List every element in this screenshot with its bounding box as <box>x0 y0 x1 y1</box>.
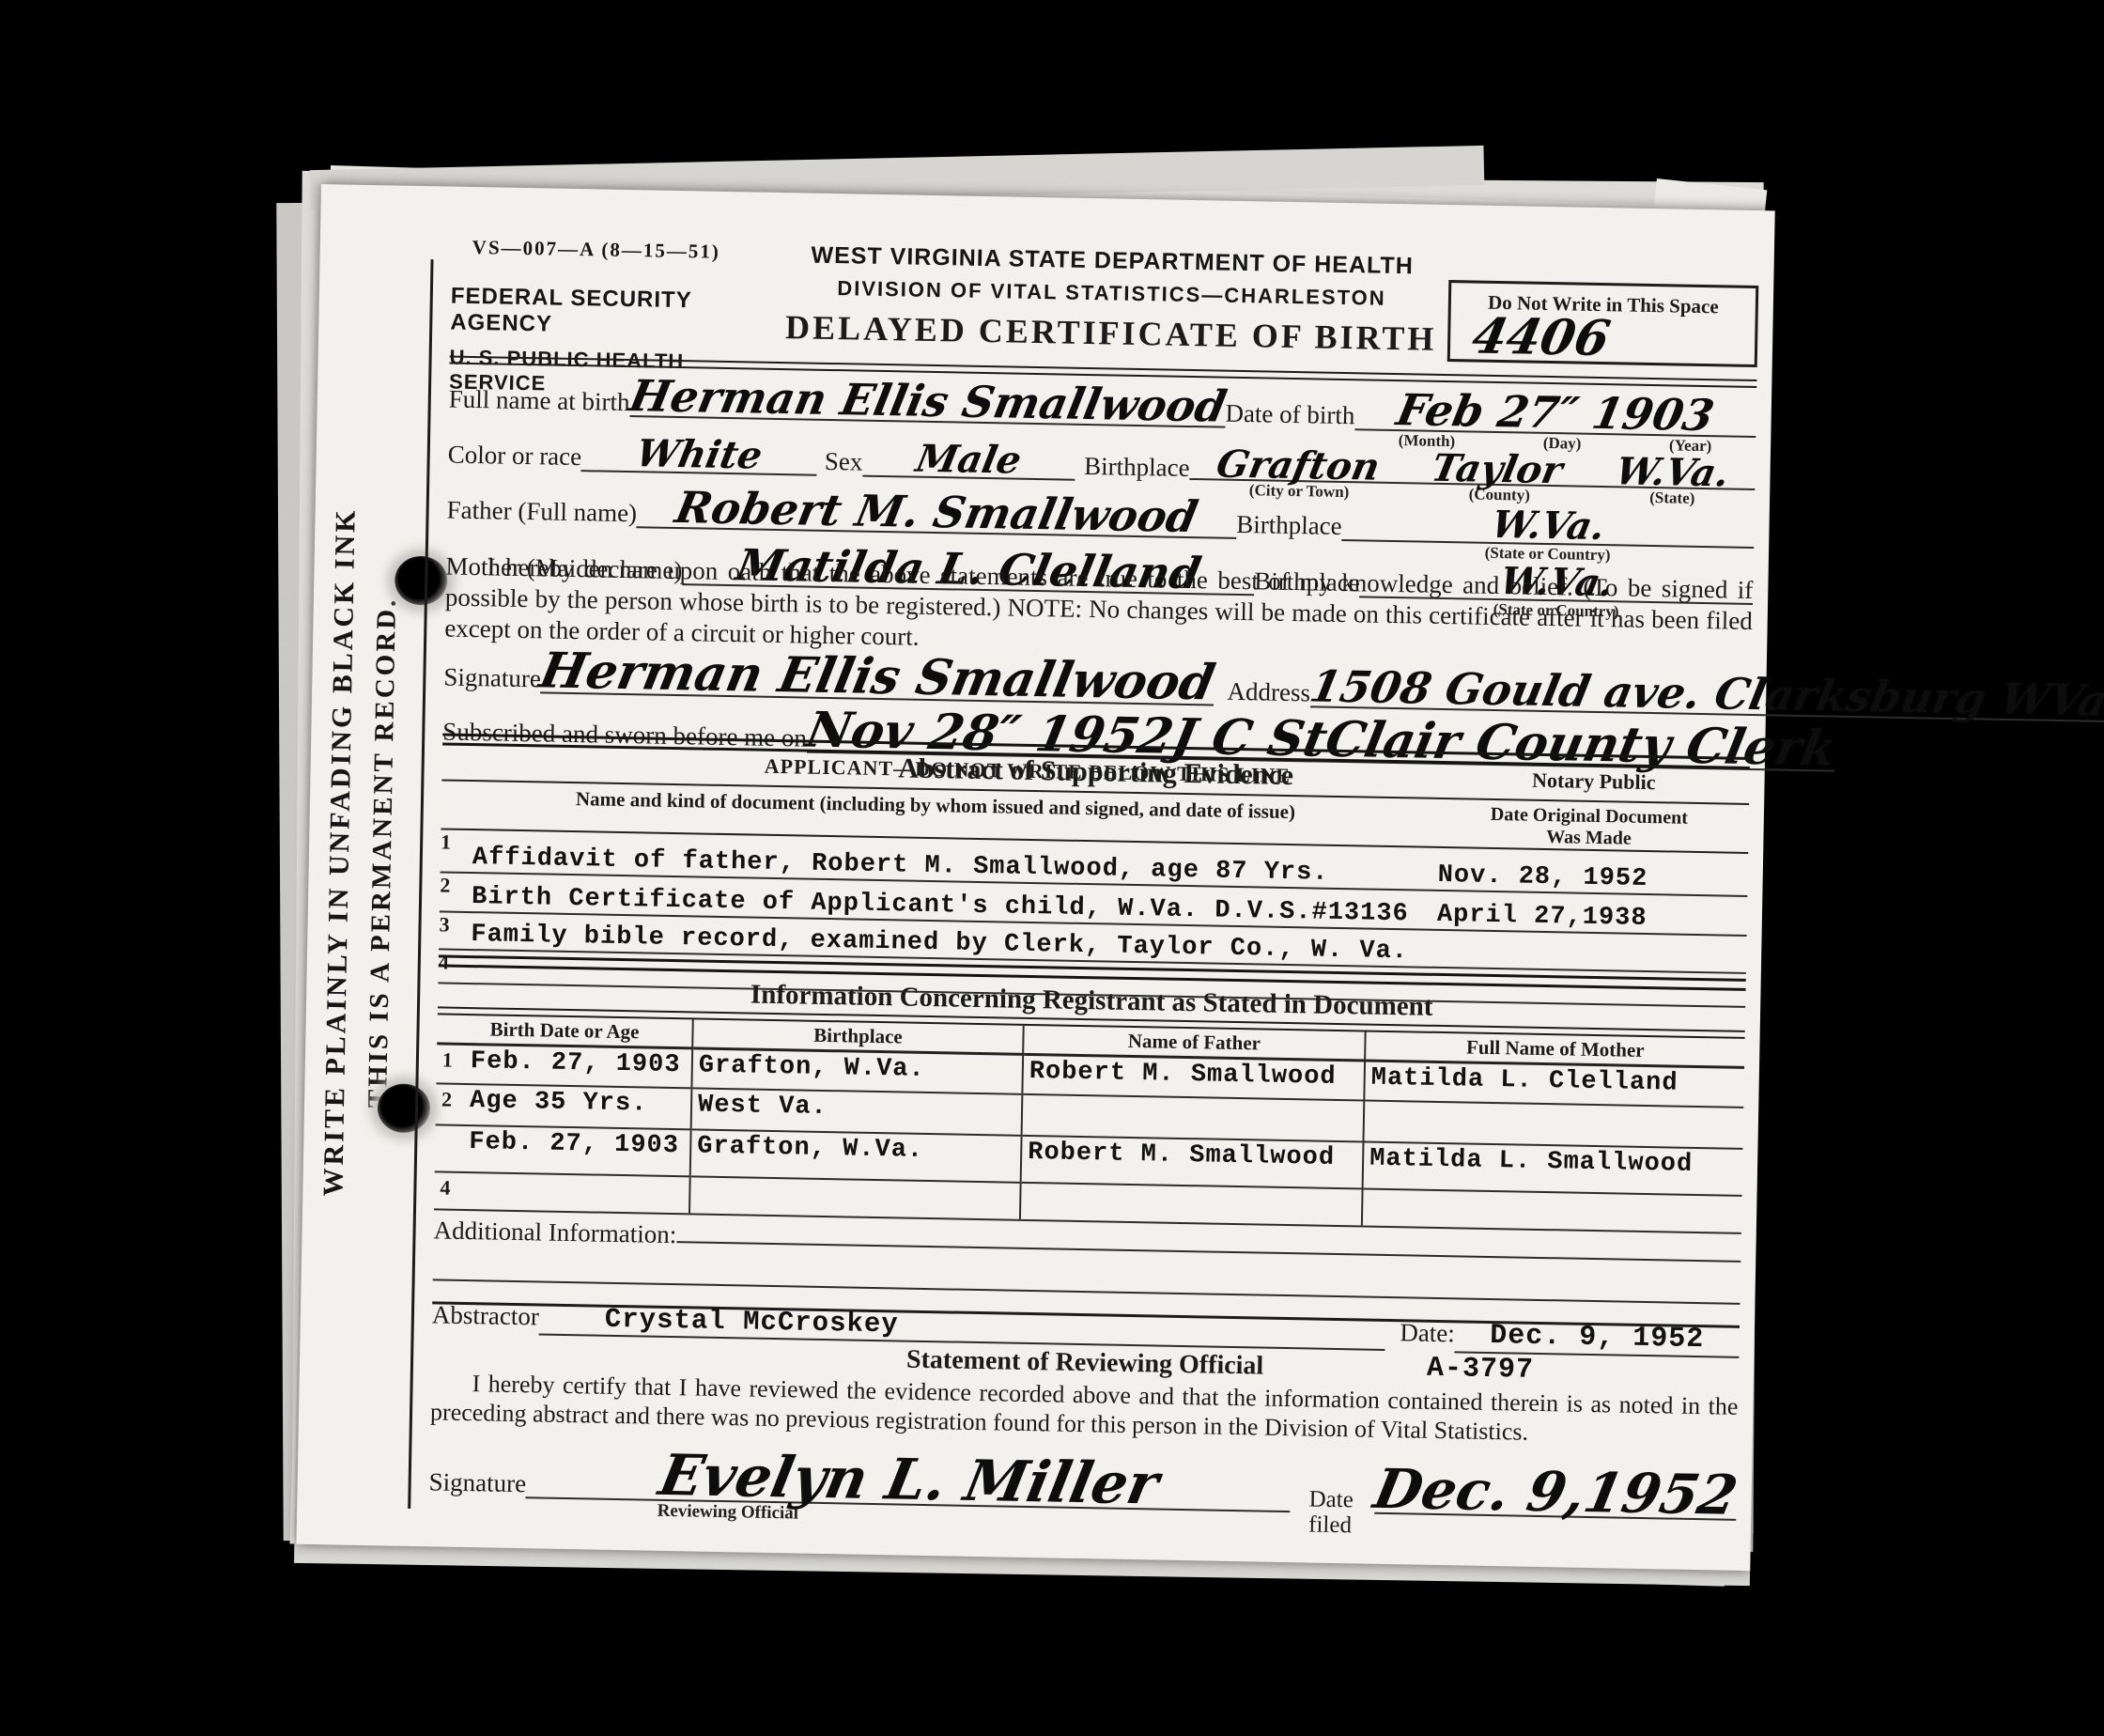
cell-birthdate: Feb. 27, 1903 <box>471 1047 681 1079</box>
abstract-row-number: 2 <box>440 873 472 898</box>
dob-label: Date of birth <box>1225 399 1354 431</box>
row-number <box>441 1147 469 1148</box>
abstractor-label: Abstractor <box>432 1300 540 1331</box>
cell-birthdate: Age 35 Yrs. <box>470 1087 648 1118</box>
agency-line1: FEDERAL SECURITY AGENCY <box>450 284 775 342</box>
abstract-row-date: April 27,1938 <box>1437 901 1747 935</box>
cell-mother: Matilda L. Smallwood <box>1363 1141 1743 1195</box>
applicant-signature: Herman Ellis Smallwood <box>537 652 1217 701</box>
form-border-line <box>408 259 433 1509</box>
abstract-date-col-header: Date Original Document Was Made <box>1429 799 1749 852</box>
sex-value: Male <box>914 445 1024 475</box>
registrant-table: Birth Date or Age Birthplace Name of Fat… <box>434 1015 1745 1233</box>
date-label-line2: filed <box>1308 1512 1374 1539</box>
certificate-number-handwritten: 4406 <box>1469 318 1612 358</box>
abstract-row-number: 1 <box>441 829 472 855</box>
additional-info-label: Additional Information: <box>433 1216 676 1249</box>
punch-hole <box>378 1083 431 1133</box>
cell-father: Robert M. Smallwood <box>1021 1135 1364 1188</box>
certificate-sheet: WRITE PLAINLY IN UNFADING BLACK INK THIS… <box>296 184 1774 1571</box>
birthplace-state-value: W.Va. <box>1613 457 1731 488</box>
row-number: 4 <box>440 1175 468 1201</box>
reference-number: A-3797 <box>1427 1353 1535 1387</box>
abstractor-date-label: Date: <box>1400 1318 1455 1348</box>
cell-mother <box>1362 1188 1742 1232</box>
father-birthplace-value: W.Va. <box>1489 511 1607 541</box>
fullname-value: Herman Ellis Smallwood <box>627 380 1229 423</box>
abstract-row-number: 3 <box>439 912 471 938</box>
cell-birthplace: West Va. <box>691 1088 1023 1135</box>
punch-hole <box>394 556 448 606</box>
reviewing-signature-label: Signature <box>428 1467 526 1498</box>
cell-mother <box>1364 1100 1744 1148</box>
cell-father: Robert M. Smallwood <box>1022 1054 1365 1100</box>
cell-birthplace: Grafton, W.Va. <box>691 1048 1023 1093</box>
race-value: White <box>634 440 765 470</box>
address-label: Address <box>1227 677 1310 708</box>
birthplace-label: Birthplace <box>1084 452 1190 483</box>
margin-instruction-text: WRITE PLAINLY IN UNFADING BLACK INK <box>317 494 363 1208</box>
cell-father <box>1022 1093 1365 1141</box>
do-not-write-box: Do Not Write in This Space 4406 <box>1447 280 1759 367</box>
cell-father <box>1020 1182 1363 1226</box>
abstractor-date-value: Dec. 9, 1952 <box>1490 1320 1705 1356</box>
cell-mother: Matilda L. Clelland <box>1364 1061 1744 1107</box>
father-birthplace-label: Birthplace <box>1236 510 1342 541</box>
abstract-date-header-line2: Was Made <box>1429 825 1748 852</box>
reviewing-signature-row: Signature Evelyn L. Miller Reviewing Off… <box>428 1450 1737 1544</box>
birthplace-county-value: Taylor <box>1430 455 1565 485</box>
abstract-row-date: Nov. 28, 1952 <box>1437 861 1747 895</box>
col-header-birthdate: Birth Date or Age <box>437 1015 693 1047</box>
date-filed-value: Dec. 9,1952 <box>1371 1469 1740 1516</box>
dept-line2: DIVISION OF VITAL STATISTICS—CHARLESTON <box>775 275 1448 312</box>
race-label: Color or race <box>447 441 581 473</box>
certificate-title: DELAYED CERTIFICATE OF BIRTH <box>774 307 1448 359</box>
form-number: VS—007—A (8—15—51) <box>472 236 776 265</box>
header-right: Do Not Write in This Space 4406 <box>1447 280 1759 367</box>
row-number: 2 <box>441 1087 470 1112</box>
dob-value: Feb 27″ 1903 <box>1395 394 1717 432</box>
header-center: WEST VIRGINIA STATE DEPARTMENT OF HEALTH… <box>774 241 1449 359</box>
cell-birthplace: Grafton, W.Va. <box>690 1129 1022 1182</box>
abstractor-value: Crystal McCroskey <box>605 1304 899 1341</box>
address-value: 1508 Gould ave. Clarksburg WVa <box>1307 670 2104 717</box>
signature-label: Signature <box>443 662 541 693</box>
sex-label: Sex <box>825 447 863 477</box>
date-filed-label: Date filed <box>1308 1487 1375 1539</box>
cell-birthplace <box>689 1176 1021 1219</box>
date-label-line1: Date <box>1308 1487 1374 1513</box>
father-value: Robert M. Smallwood <box>673 491 1200 534</box>
father-label: Father (Full name) <box>446 496 637 529</box>
reviewing-signature-value: Evelyn L. Miller <box>656 1455 1161 1507</box>
fullname-label: Full name at birth <box>449 385 630 418</box>
birthplace-city-value: Grafton <box>1214 451 1381 482</box>
dept-line1: WEST VIRGINIA STATE DEPARTMENT OF HEALTH <box>775 241 1448 281</box>
cell-birthdate: Feb. 27, 1903 <box>469 1128 679 1160</box>
row-number: 1 <box>442 1048 471 1074</box>
